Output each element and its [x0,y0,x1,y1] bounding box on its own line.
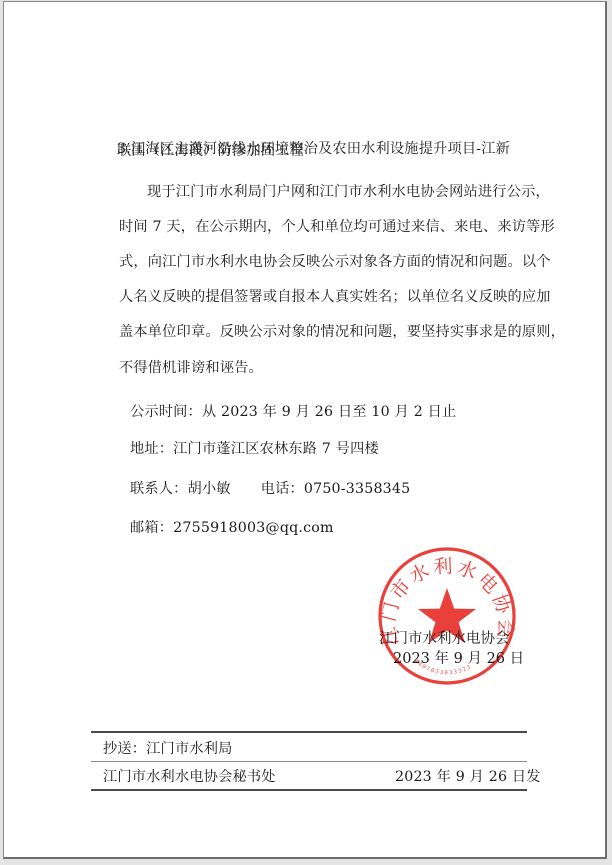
signature-organization: 江门市水利水电协会 [379,627,510,648]
body-line-5: 盖本单位印章。反映公示对象的情况和问题，要坚持实事求是的原则， [119,323,565,341]
contact-person: 联系人：胡小敏 [130,481,231,497]
footer-middle-rule [91,761,527,762]
notice-period: 公示时间：从 2023 年 9 月 26 日至 10 月 2 日止 [130,403,456,421]
body-line-2: 时间 7 天，在公示期内，个人和单位均可通过来信、来电、来访等形 [119,218,555,236]
project-title-line-2: 联围（江海段）防渗加固工程 [117,142,304,160]
email-address: 邮箱：2755918003@qq.com [130,519,334,537]
phone-number: 电话：0750-3358345 [261,481,411,497]
issuing-office: 江门市水利水电协会秘书处 [103,768,276,786]
cc-recipient: 抄送：江门市水利局 [103,740,233,758]
footer-top-rule [91,731,527,733]
contact-line: 联系人：胡小敏电话：0750-3358345 [130,480,410,498]
issue-date: 2023 年 9 月 26 日发 [395,768,541,786]
body-line-6: 不得借机诽谤和诬告。 [119,359,263,377]
signature-date: 2023 年 9 月 26 日 [393,647,524,668]
body-line-4: 人名义反映的提倡签署或自报本人真实姓名；以单位名义反映的应加 [119,288,551,306]
body-line-3: 式，向江门市水利水电协会反映公示对象各方面的情况和问题。以个 [119,253,551,271]
body-line-1: 现于江门市水利局门户网和江门市水利水电协会网站进行公示， [147,183,550,201]
document-page: 3.江海区主灌河沿线水环境整治及农田水利设施提升项目-江新 联围（江海段）防渗加… [3,1,607,859]
footer-bottom-rule [91,789,527,791]
address: 地址：江门市蓬江区农林东路 7 号四楼 [130,440,379,458]
